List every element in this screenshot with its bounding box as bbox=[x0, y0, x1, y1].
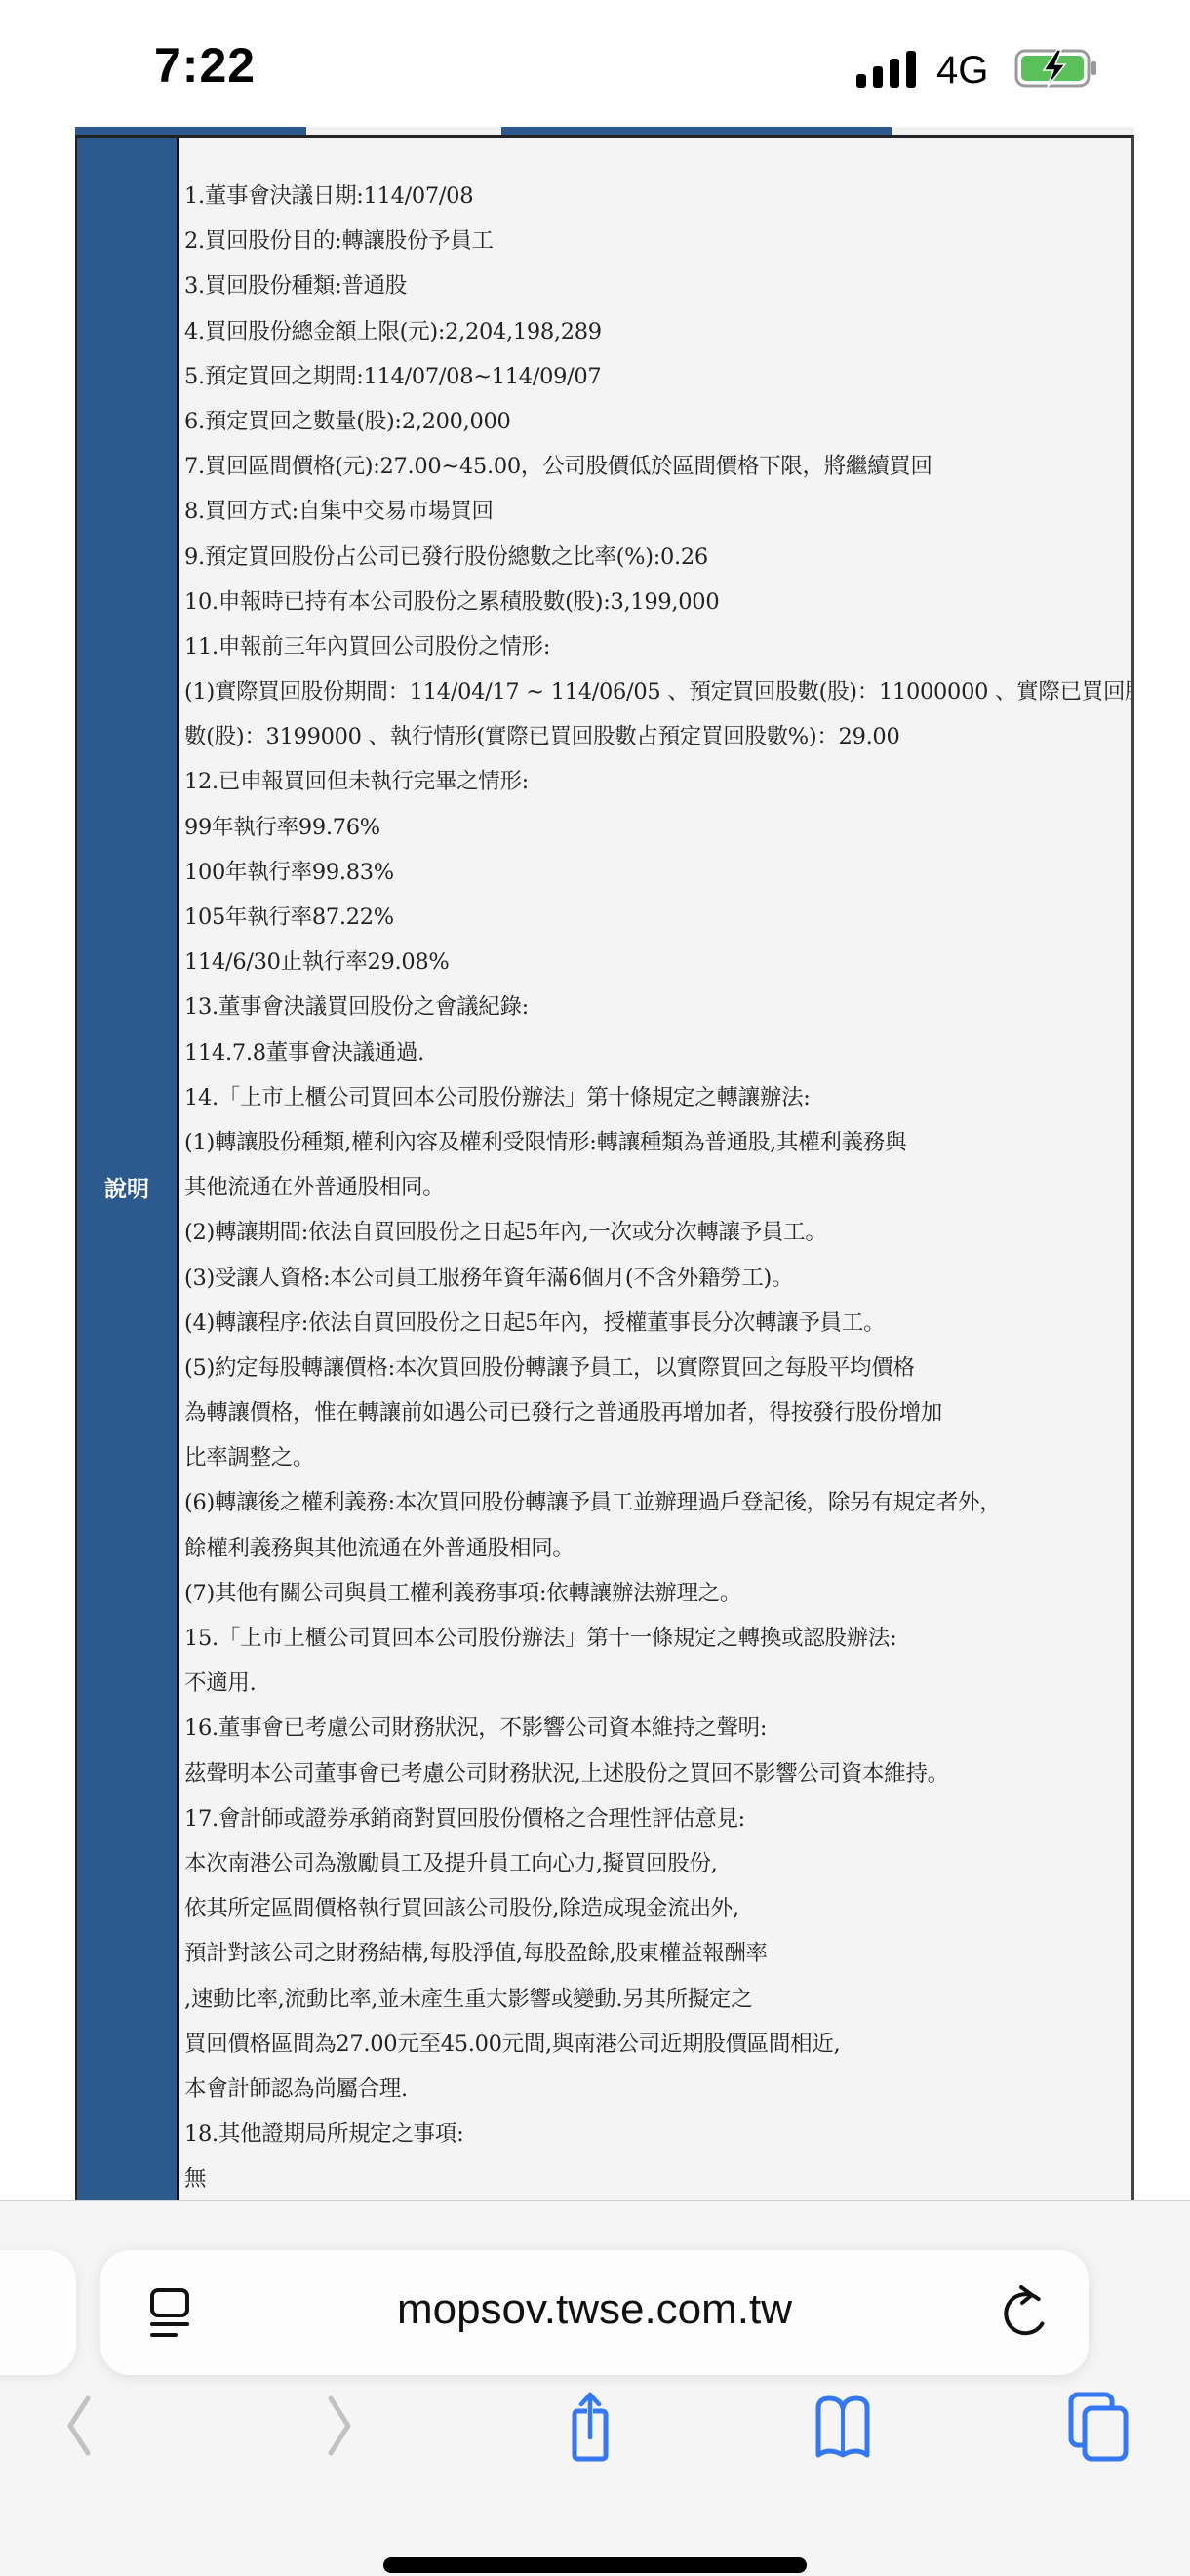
chevron-right-icon[interactable] bbox=[299, 2387, 377, 2465]
text-line: 7.買回區間價格(元):27.00~45.00，公司股價低於區間價格下限，將繼續… bbox=[184, 444, 1131, 489]
text-line: (7)其他有關公司與員工權利義務事項:依轉讓辦法辦理之。 bbox=[184, 1571, 1131, 1616]
label-description: 說明 bbox=[77, 1171, 177, 1203]
description-cell: 1.董事會決議日期:114/07/08 2.買回股份目的:轉讓股份予員工 3.買… bbox=[179, 138, 1131, 2200]
text-line: 數(股)：3199000 、執行情形(實際已買回股數占預定買回股數%)：29.0… bbox=[184, 714, 1131, 759]
text-line: (4)轉讓程序:依法自買回股份之日起5年內，授權董事長分次轉讓予員工。 bbox=[184, 1301, 1131, 1346]
text-line: 茲聲明本公司董事會已考慮公司財務狀況,上述股份之買回不影響公司資本維持。 bbox=[184, 1751, 1131, 1796]
text-line: 為轉讓價格，惟在轉讓前如遇公司已發行之普通股再增加者，得按發行股份增加 bbox=[184, 1390, 1131, 1435]
tabs-icon[interactable] bbox=[1059, 2387, 1137, 2465]
text-line: 13.董事會決議買回股份之會議紀錄: bbox=[184, 985, 1131, 1029]
browser-toolbar: mopsov.twse.com.tw bbox=[0, 2200, 1190, 2576]
bookmarks-icon[interactable] bbox=[804, 2387, 882, 2465]
text-line: 12.已申報買回但未執行完畢之情形: bbox=[184, 759, 1131, 804]
previous-tab-peek[interactable] bbox=[0, 2250, 76, 2375]
text-line: 11.申報前三年內買回公司股份之情形: bbox=[184, 624, 1131, 669]
text-line: 114.7.8董事會決議通過. bbox=[184, 1030, 1131, 1075]
text-line: 本會計師認為尚屬合理. bbox=[184, 2067, 1131, 2112]
text-line: 不適用. bbox=[184, 1661, 1131, 1706]
text-line: 3.買回股份種類:普通股 bbox=[184, 263, 1131, 308]
text-line: 10.申報時已持有本公司股份之累積股數(股):3,199,000 bbox=[184, 580, 1131, 624]
text-line: 100年執行率99.83% bbox=[184, 850, 1131, 895]
text-line: 15.「上市上櫃公司買回本公司股份辦法」第十一條規定之轉換或認股辦法: bbox=[184, 1616, 1131, 1661]
text-line: 105年執行率87.22% bbox=[184, 895, 1131, 940]
text-line: (2)轉讓期間:依法自買回股份之日起5年內,一次或分次轉讓予員工。 bbox=[184, 1210, 1131, 1255]
status-bar: 7:22 4G bbox=[0, 0, 1190, 127]
text-line: 買回價格區間為27.00元至45.00元間,與南港公司近期股價區間相近, bbox=[184, 2022, 1131, 2067]
text-line: (5)約定每股轉讓價格:本次買回股份轉讓予員工，以實際買回之每股平均價格 bbox=[184, 1346, 1131, 1390]
text-line: 比率調整之。 bbox=[184, 1435, 1131, 1480]
label-cell: 說明 bbox=[77, 138, 179, 2200]
text-line: 無 bbox=[184, 2156, 1131, 2200]
text-line: 其他流通在外普通股相同。 bbox=[184, 1165, 1131, 1210]
text-line: 18.其他證期局所規定之事項: bbox=[184, 2112, 1131, 2156]
text-line: 本次南港公司為激勵員工及提升員工向心力,擬買回股份, bbox=[184, 1841, 1131, 1886]
text-line: 預計對該公司之財務結構,每股淨值,每股盈餘,股東權益報酬率 bbox=[184, 1931, 1131, 1976]
text-line: 1.董事會決議日期:114/07/08 bbox=[184, 174, 1131, 219]
status-time: 7:22 bbox=[154, 37, 256, 94]
text-line: 99年執行率99.76% bbox=[184, 805, 1131, 850]
text-line: 8.買回方式:自集中交易市場買回 bbox=[184, 489, 1131, 534]
text-line: 6.預定買回之數量(股):2,200,000 bbox=[184, 399, 1131, 444]
text-line: 4.買回股份總金額上限(元):2,204,198,289 bbox=[184, 309, 1131, 354]
text-line: 2.買回股份目的:轉讓股份予員工 bbox=[184, 219, 1131, 263]
text-line: (3)受讓人資格:本公司員工服務年資年滿6個月(不含外籍勞工)。 bbox=[184, 1256, 1131, 1301]
network-type: 4G bbox=[936, 49, 988, 93]
cellular-signal-icon bbox=[856, 49, 919, 88]
share-icon[interactable] bbox=[551, 2387, 629, 2465]
text-line: 14.「上市上櫃公司買回本公司股份辦法」第十條規定之轉讓辦法: bbox=[184, 1075, 1131, 1120]
text-line: (1)實際買回股份期間：114/04/17 ~ 114/06/05 、預定買回股… bbox=[184, 669, 1131, 714]
home-indicator[interactable] bbox=[383, 2557, 807, 2573]
text-line: (6)轉讓後之權利義務:本次買回股份轉讓予員工並辦理過戶登記後，除另有規定者外， bbox=[184, 1480, 1131, 1525]
address-bar[interactable]: mopsov.twse.com.tw bbox=[100, 2250, 1089, 2375]
url-text[interactable]: mopsov.twse.com.tw bbox=[100, 2285, 1089, 2334]
text-line: 餘權利義務與其他流通在外普通股相同。 bbox=[184, 1526, 1131, 1571]
description-text: 1.董事會決議日期:114/07/08 2.買回股份目的:轉讓股份予員工 3.買… bbox=[184, 174, 1131, 2200]
text-line: 依其所定區間價格執行買回該公司股份,除造成現金流出外, bbox=[184, 1886, 1131, 1931]
battery-charging-icon bbox=[1014, 49, 1098, 88]
text-line: 114/6/30止執行率29.08% bbox=[184, 940, 1131, 985]
chevron-left-icon[interactable] bbox=[41, 2387, 119, 2465]
announcement-table: 說明 1.董事會決議日期:114/07/08 2.買回股份目的:轉讓股份予員工 … bbox=[75, 135, 1134, 2200]
reload-icon[interactable] bbox=[1000, 2285, 1052, 2340]
text-line: 17.會計師或證券承銷商對買回股份價格之合理性評估意見: bbox=[184, 1796, 1131, 1841]
web-page: 說明 1.董事會決議日期:114/07/08 2.買回股份目的:轉讓股份予員工 … bbox=[0, 127, 1190, 2200]
text-line: 16.董事會已考慮公司財務狀況，不影響公司資本維持之聲明: bbox=[184, 1706, 1131, 1751]
text-line: ,速動比率,流動比率,並未產生重大影響或變動.另其所擬定之 bbox=[184, 1977, 1131, 2022]
text-line: 9.預定買回股份占公司已發行股份總數之比率(%):0.26 bbox=[184, 535, 1131, 580]
text-line: 5.預定買回之期間:114/07/08~114/09/07 bbox=[184, 354, 1131, 399]
text-line: (1)轉讓股份種類,權利內容及權利受限情形:轉讓種類為普通股,其權利義務與 bbox=[184, 1120, 1131, 1165]
